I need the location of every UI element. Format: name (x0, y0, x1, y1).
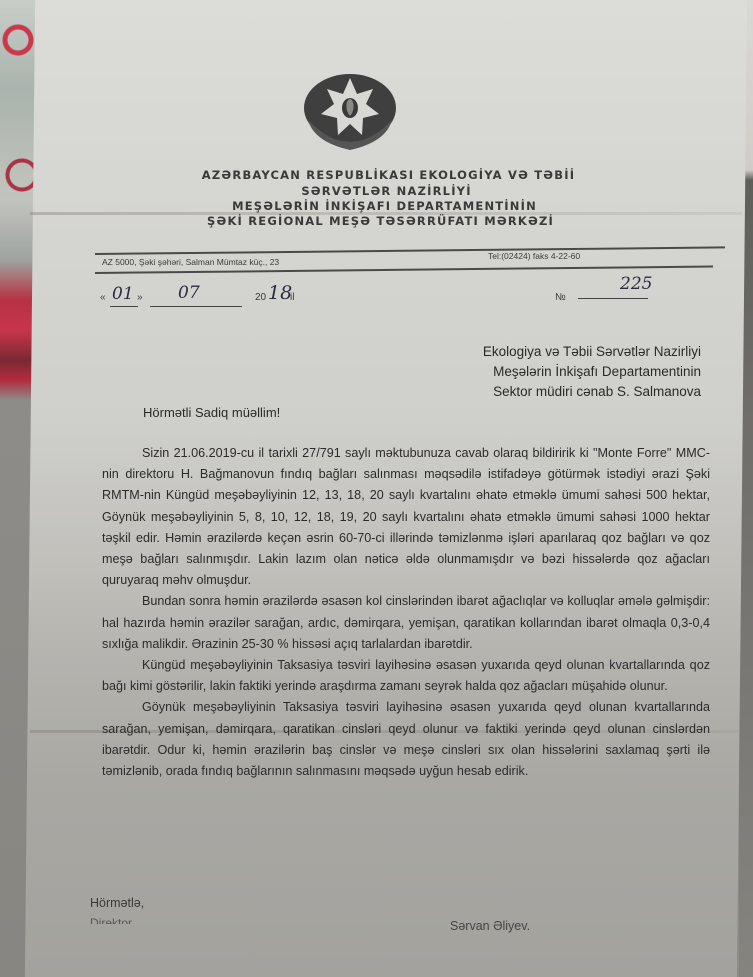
underline (150, 306, 242, 307)
letter-document: AZƏRBAYCAN RESPUBLİKASI EKOLOGİYA VƏ TƏB… (0, 0, 753, 977)
body-paragraph: Küngüd meşəbəyliyinin Taksasiya təsviri … (102, 655, 710, 697)
date-day: 01 (112, 284, 134, 304)
date-year-prefix: 20 (255, 292, 266, 303)
dateline: « 01 » 07 20 18 il № 225 (100, 282, 700, 312)
letterhead-line: ŞƏKİ REGİONAL MEŞƏ TƏSƏRRÜFATI MƏRKƏZİ (4, 214, 753, 228)
addressee-block: Ekologiya və Təbii Sərvətlər Nazirliyi M… (483, 342, 701, 402)
underline (110, 306, 138, 307)
letterhead-line: AZƏRBAYCAN RESPUBLİKASI EKOLOGİYA VƏ TƏB… (12, 168, 753, 182)
addressee-line: Ekologiya və Təbii Sərvətlər Nazirliyi (483, 342, 701, 362)
date-year-suffix: 18 (268, 282, 292, 304)
body-paragraph: Göynük meşəbəyliyinin Taksasiya təsviri … (102, 697, 710, 782)
letterhead-rule (95, 246, 725, 254)
letterhead-address: AZ 5000, Şəki şəhəri, Salman Mümtaz küç.… (102, 257, 279, 267)
underline (578, 298, 648, 299)
quote-close: » (137, 292, 143, 303)
date-month: 07 (178, 283, 200, 303)
body-paragraph: Bundan sonra həmin ərazilərdə əsasən kol… (102, 591, 710, 655)
state-emblem-icon (300, 72, 400, 152)
signer-title: Direktor (90, 916, 150, 924)
salutation: Hörmətli Sadiq müəllim! (143, 405, 280, 420)
quote-open: « (100, 292, 106, 303)
addressee-line: Meşələrin İnkişafı Departamentinin (483, 362, 701, 382)
letterhead-line: SƏRVƏTLƏR NAZİRLİYİ (10, 184, 753, 198)
number-label: № (555, 292, 566, 303)
body-paragraph: Sizin 21.06.2019-cu il tarixli 27/791 sa… (102, 443, 710, 591)
letter-body: Sizin 21.06.2019-cu il tarixli 27/791 sa… (102, 443, 710, 782)
date-il: il (290, 292, 294, 303)
letterhead-phone: Tel:(02424) faks 4-22-60 (488, 251, 580, 261)
closing-regards: Hörmətlə, (90, 896, 144, 910)
signer-name: Sərvan Əliyev. (450, 919, 530, 933)
letter-number: 225 (620, 274, 652, 294)
addressee-line: Sektor müdiri cənab S. Salmanova (483, 382, 701, 402)
letterhead-line: MEŞƏLƏRİN İNKİŞAFI DEPARTAMENTİNİN (8, 199, 753, 213)
